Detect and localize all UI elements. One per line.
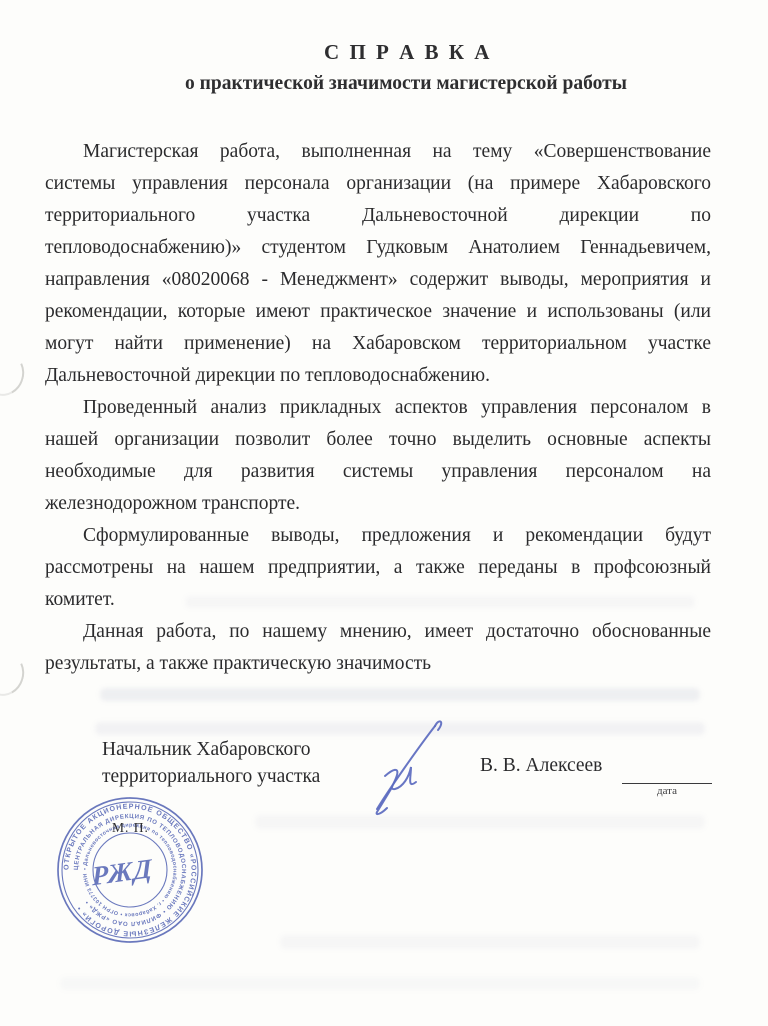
- text-line: Проведенный анализ прикладных аспектов у…: [45, 392, 711, 424]
- bleed-through-artifact: [60, 977, 700, 990]
- paragraph: Магистерская работа, выполненная на тему…: [45, 136, 711, 392]
- bleed-through-artifact: [100, 688, 700, 701]
- signer-position-line2: территориального участка: [102, 766, 320, 787]
- rzd-logo: РЖД: [90, 853, 153, 892]
- handwritten-signature: [330, 710, 470, 820]
- text-line: рекомендации, которые имеют практическое…: [45, 296, 711, 328]
- text-line: результаты, а также практическую значимо…: [45, 648, 711, 680]
- text-line: системы управления персонала организации…: [45, 168, 711, 200]
- date-underline: [622, 760, 712, 784]
- signer-name: В. В. Алексеев: [480, 755, 602, 777]
- bleed-through-artifact: [185, 596, 695, 608]
- text-line: тепловодоснабжению)» студентом Гудковым …: [45, 232, 711, 264]
- text-line: необходимые для развития системы управле…: [45, 456, 711, 488]
- rzd-round-stamp: ОТКРЫТОЕ АКЦИОНЕРНОЕ ОБЩЕСТВО «РОССИЙСКИ…: [55, 795, 205, 945]
- text-line: нашей организации позволит более точно в…: [45, 424, 711, 456]
- seal-place-mark: М. П.: [112, 820, 149, 836]
- document-page: С П Р А В К А о практической значимости …: [0, 0, 768, 1026]
- scan-edge-artifact: [0, 347, 30, 401]
- text-line: Дальневосточной дирекции по тепловодосна…: [45, 360, 711, 392]
- paragraph: Проведенный анализ прикладных аспектов у…: [45, 392, 711, 520]
- signer-position: Начальник Хабаровского территориального …: [102, 736, 320, 790]
- scan-edge-artifact: [0, 647, 30, 701]
- date-caption: дата: [622, 785, 712, 797]
- bleed-through-artifact: [280, 935, 700, 949]
- text-line: направления «08020068 - Менеджмент» соде…: [45, 264, 711, 296]
- text-line: рассмотрены на нашем предприятии, а такж…: [45, 552, 711, 584]
- signer-position-line1: Начальник Хабаровского: [102, 739, 311, 760]
- document-subtitle: о практической значимости магистерской р…: [73, 73, 739, 95]
- text-line: территориального участка Дальневосточной…: [45, 200, 711, 232]
- text-line: Данная работа, по нашему мнению, имеет д…: [45, 616, 711, 648]
- text-line: могут найти применение) на Хабаровском т…: [45, 328, 711, 360]
- paragraph: Данная работа, по нашему мнению, имеет д…: [45, 616, 711, 680]
- text-line: Магистерская работа, выполненная на тему…: [45, 136, 711, 168]
- text-line: железнодорожном транспорте.: [45, 488, 711, 520]
- document-title: С П Р А В К А: [75, 40, 741, 65]
- text-line: Сформулированные выводы, предложения и р…: [45, 520, 711, 552]
- bleed-through-artifact: [255, 815, 705, 829]
- date-field: дата: [622, 760, 712, 797]
